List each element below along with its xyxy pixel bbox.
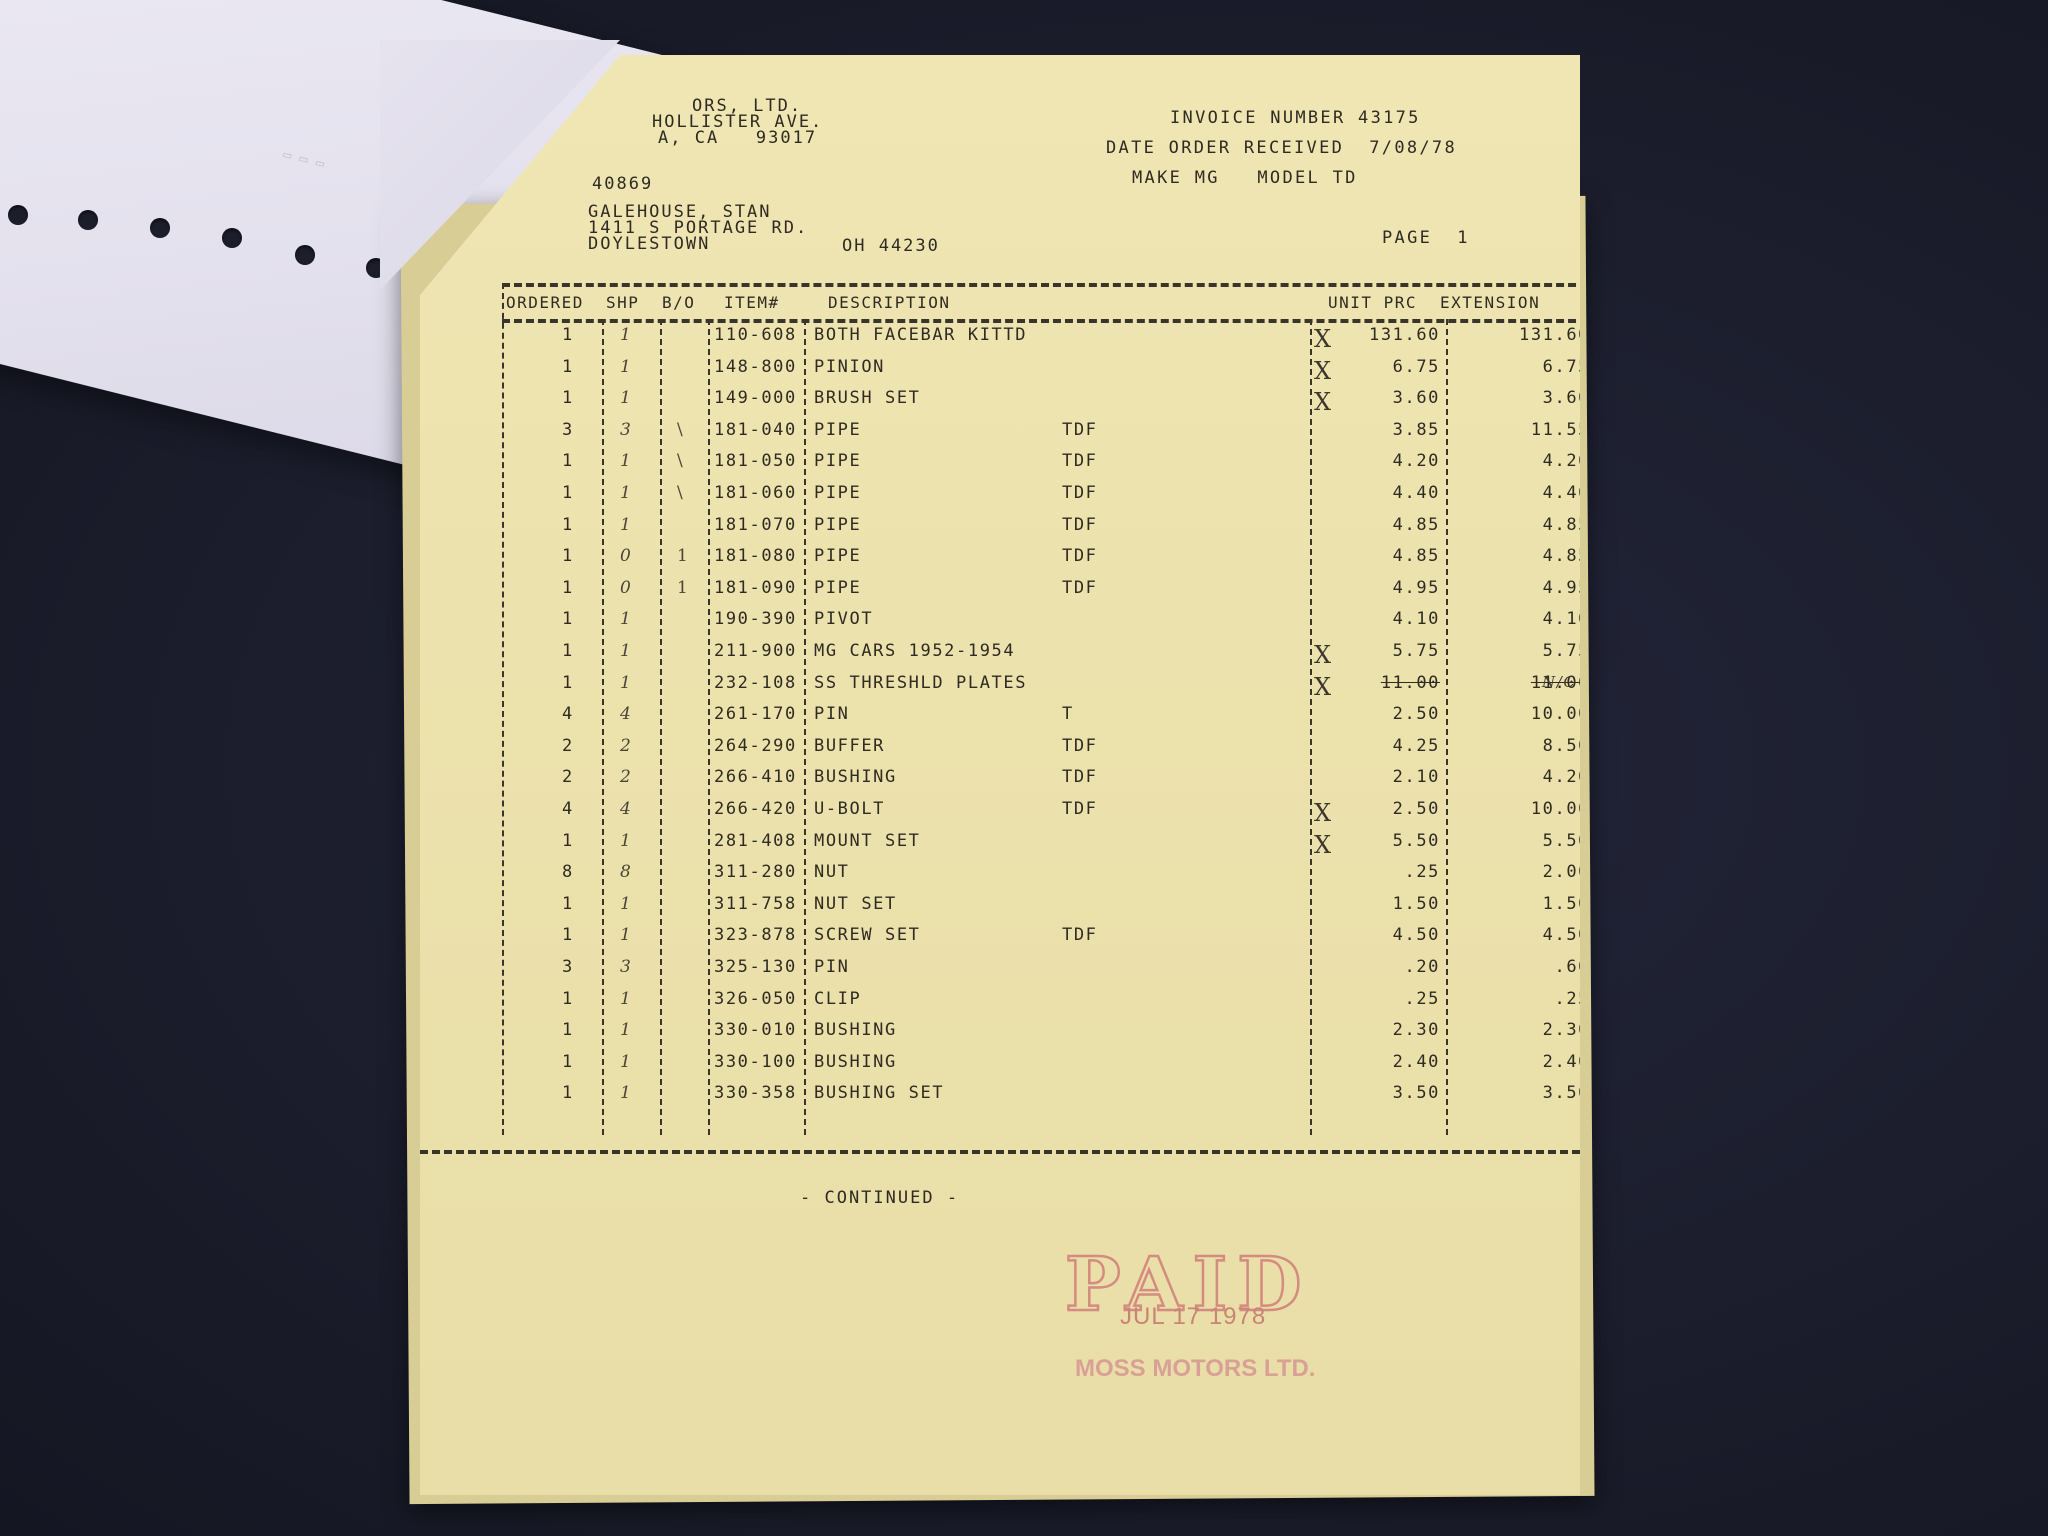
company-city: A, CA 93017 bbox=[658, 131, 817, 146]
cell-description: NUT bbox=[814, 862, 850, 882]
cell-ordered: 1 bbox=[562, 546, 574, 566]
cell-extension: 4.20 bbox=[1452, 451, 1590, 471]
cell-line-number: 9 bbox=[1625, 515, 1665, 534]
table-row: 101181-090PIPETDF4.954.9511 bbox=[502, 578, 1600, 609]
table-row: 44266-420U-BOLTTDF2.5010.0018X bbox=[502, 799, 1600, 830]
cell-description: PIPE bbox=[814, 483, 861, 503]
table-row: 11330-100BUSHING2.402.4026 bbox=[502, 1052, 1600, 1083]
table-row: 22264-290BUFFERTDF4.258.5016 bbox=[502, 736, 1600, 767]
col-header-shp: SHP bbox=[606, 293, 639, 312]
cell-item-number: 325-130 bbox=[714, 957, 797, 977]
cell-item-number: 311-758 bbox=[714, 894, 797, 914]
cell-description: U-BOLT bbox=[814, 799, 885, 819]
cell-description: CLIP bbox=[814, 989, 861, 1009]
cell-line-number: 18 bbox=[1625, 799, 1665, 818]
cell-extension: 1.50 bbox=[1452, 894, 1590, 914]
cell-description: PIVOT bbox=[814, 609, 873, 629]
cell-extension: 6.75 bbox=[1452, 357, 1590, 377]
cell-item-number: 181-060 bbox=[714, 483, 797, 503]
cell-extension: 4.95 bbox=[1452, 578, 1590, 598]
cell-description: MG CARS 1952-1954 bbox=[814, 641, 1015, 661]
cell-model-code: TDF bbox=[1062, 515, 1098, 535]
cell-ordered: 3 bbox=[562, 420, 574, 440]
cell-extension: 131.60 bbox=[1452, 325, 1590, 345]
table-row: 11\181-060PIPETDF4.404.408 bbox=[502, 483, 1600, 514]
cell-shipped: 1 bbox=[620, 1052, 632, 1072]
cell-model-code: TDF bbox=[1062, 420, 1098, 440]
cell-shipped: 3 bbox=[620, 420, 632, 440]
cell-line-number: 4 bbox=[1625, 357, 1665, 376]
cell-item-number: 211-900 bbox=[714, 641, 797, 661]
cell-unit-price: 4.85 bbox=[1300, 546, 1440, 566]
table-row: 11323-878SCREW SETTDF4.504.5022 bbox=[502, 925, 1600, 956]
checkmark-icon: X bbox=[1314, 357, 1333, 385]
cell-unit-price: .25 bbox=[1300, 989, 1440, 1009]
cell-description: BUSHING bbox=[814, 1020, 897, 1040]
cell-shipped: 1 bbox=[620, 1020, 632, 1040]
cell-line-number: 14 bbox=[1625, 673, 1665, 692]
checkmark-icon: X bbox=[1314, 641, 1333, 669]
sprocket-hole bbox=[78, 210, 98, 230]
cell-extension: 4.50 bbox=[1452, 925, 1590, 945]
cell-item-number: 181-040 bbox=[714, 420, 797, 440]
cell-extension: 2.30 bbox=[1452, 1020, 1590, 1040]
cell-ordered: 1 bbox=[562, 1083, 574, 1103]
cell-model-code: TDF bbox=[1062, 799, 1098, 819]
cell-backorder: \ bbox=[677, 451, 684, 471]
cell-item-number: 311-280 bbox=[714, 862, 797, 882]
cell-model-code: TDF bbox=[1062, 451, 1098, 471]
page-number: 1 bbox=[1457, 228, 1470, 248]
footer-border bbox=[420, 1150, 1580, 1154]
cell-ordered: 1 bbox=[562, 515, 574, 535]
cell-ordered: 1 bbox=[562, 641, 574, 661]
col-header-unit-price: UNIT PRC bbox=[1328, 293, 1417, 312]
cell-shipped: 4 bbox=[620, 704, 632, 724]
cell-backorder: 1 bbox=[677, 578, 689, 598]
customer-city: DOYLESTOWN bbox=[588, 237, 710, 252]
cell-extension: 4.10 bbox=[1452, 609, 1590, 629]
table-row: 11181-070PIPETDF4.854.859 bbox=[502, 515, 1600, 546]
cell-extension: 3.60 bbox=[1452, 388, 1590, 408]
table-row: 11281-408MOUNT SET5.505.5019X bbox=[502, 831, 1600, 862]
cell-line-number: 13 bbox=[1625, 641, 1665, 660]
cell-shipped: 1 bbox=[620, 831, 632, 851]
cell-ordered: 1 bbox=[562, 1020, 574, 1040]
cell-backorder: \ bbox=[677, 420, 684, 440]
table-row: 44261-170PINT2.5010.0015 bbox=[502, 704, 1600, 735]
cell-item-number: 110-608 bbox=[714, 325, 797, 345]
table-row: 11311-758NUT SET1.501.5021 bbox=[502, 894, 1600, 925]
table-row: 22266-410BUSHINGTDF2.104.2017 bbox=[502, 767, 1600, 798]
cell-description: PIPE bbox=[814, 420, 861, 440]
cell-description: PIPE bbox=[814, 546, 861, 566]
faint-carbon-print: ▭ ▭ ▭ bbox=[281, 147, 326, 173]
cell-ordered: 2 bbox=[562, 736, 574, 756]
sprocket-hole bbox=[8, 205, 28, 225]
cell-line-number: 24 bbox=[1625, 989, 1665, 1008]
col-header-description: DESCRIPTION bbox=[828, 293, 950, 312]
cell-ordered: 2 bbox=[562, 767, 574, 787]
cell-item-number: 232-108 bbox=[714, 673, 797, 693]
cell-unit-price: 2.40 bbox=[1300, 1052, 1440, 1072]
cell-item-number: 330-358 bbox=[714, 1083, 797, 1103]
cell-model-code: TDF bbox=[1062, 925, 1098, 945]
cell-line-number: 12 bbox=[1625, 609, 1665, 628]
table-row: 11110-608BOTH FACEBAR KITTD131.60131.603… bbox=[502, 325, 1600, 356]
sprocket-hole bbox=[295, 245, 315, 265]
cell-line-number: 17 bbox=[1625, 767, 1665, 786]
cell-model-code: TDF bbox=[1062, 483, 1098, 503]
paid-date: JUL 17 1978 bbox=[1120, 1303, 1266, 1331]
table-row: 11148-800PINION6.756.754X bbox=[502, 357, 1600, 388]
cell-ordered: 1 bbox=[562, 483, 574, 503]
cell-unit-price: 2.30 bbox=[1300, 1020, 1440, 1040]
cell-unit-price: 4.40 bbox=[1300, 483, 1440, 503]
cell-item-number: 181-080 bbox=[714, 546, 797, 566]
cell-shipped: 0 bbox=[620, 546, 632, 566]
cell-line-number: 5 bbox=[1625, 388, 1665, 407]
cell-unit-price: 4.10 bbox=[1300, 609, 1440, 629]
header-bottom-border bbox=[502, 319, 1600, 323]
cell-description: PIPE bbox=[814, 451, 861, 471]
cell-unit-price: 4.50 bbox=[1300, 925, 1440, 945]
cell-extension: .60 bbox=[1452, 957, 1590, 977]
checkmark-icon: X bbox=[1314, 388, 1333, 416]
cell-description: NUT SET bbox=[814, 894, 897, 914]
cell-description: MOUNT SET bbox=[814, 831, 921, 851]
cell-description: BUSHING bbox=[814, 1052, 897, 1072]
cell-shipped: 3 bbox=[620, 957, 632, 977]
invoice-number-row: INVOICE NUMBER 43175 bbox=[1170, 111, 1421, 126]
cell-ordered: 4 bbox=[562, 799, 574, 819]
cell-unit-price: 4.25 bbox=[1300, 736, 1440, 756]
cell-item-number: 264-290 bbox=[714, 736, 797, 756]
cell-line-number: 11 bbox=[1625, 578, 1665, 597]
cell-line-number: 23 bbox=[1625, 957, 1665, 976]
cell-extension: 10.00 bbox=[1452, 704, 1590, 724]
cell-shipped: 4 bbox=[620, 799, 632, 819]
date-label: DATE ORDER RECEIVED bbox=[1106, 138, 1344, 158]
cell-shipped: 1 bbox=[620, 925, 632, 945]
cell-description: SCREW SET bbox=[814, 925, 921, 945]
page-label: PAGE bbox=[1382, 228, 1432, 248]
cell-extension: 11.55 bbox=[1452, 420, 1590, 440]
table-row: 33\181-040PIPETDF3.8511.556 bbox=[502, 420, 1600, 451]
cell-extension: 5.50 bbox=[1452, 831, 1590, 851]
cell-shipped: 1 bbox=[620, 641, 632, 661]
invoice-document: ORS, LTD. HOLLISTER AVE. A, CA 93017 408… bbox=[420, 55, 1580, 1495]
cell-model-code: T bbox=[1062, 704, 1074, 724]
cell-shipped: 2 bbox=[620, 736, 632, 756]
date-received-row: DATE ORDER RECEIVED 7/08/78 bbox=[1106, 141, 1457, 156]
cell-line-number: 22 bbox=[1625, 925, 1665, 944]
cell-backorder: 1 bbox=[677, 546, 689, 566]
cell-shipped: 2 bbox=[620, 767, 632, 787]
cell-ordered: 1 bbox=[562, 609, 574, 629]
no-charge-note: N/C bbox=[1542, 673, 1576, 691]
cell-unit-price: 4.95 bbox=[1300, 578, 1440, 598]
cell-model-code: TDF bbox=[1062, 578, 1098, 598]
table-row: 11190-390PIVOT4.104.1012 bbox=[502, 609, 1600, 640]
cell-line-number: 3 bbox=[1625, 325, 1665, 344]
customer-number: 40869 bbox=[592, 177, 653, 192]
table-top-border bbox=[502, 283, 1600, 287]
cell-extension: 2.40 bbox=[1452, 1052, 1590, 1072]
cell-model-code: TDF bbox=[1062, 736, 1098, 756]
cell-shipped: 0 bbox=[620, 578, 632, 598]
cell-shipped: 1 bbox=[620, 325, 632, 345]
table-row: 11149-000BRUSH SET3.603.605X bbox=[502, 388, 1600, 419]
cell-item-number: 281-408 bbox=[714, 831, 797, 851]
cell-item-number: 181-070 bbox=[714, 515, 797, 535]
col-header-ordered: ORDERED bbox=[506, 293, 584, 312]
checkmark-icon: X bbox=[1314, 673, 1333, 701]
cell-line-number: 16 bbox=[1625, 736, 1665, 755]
cell-item-number: 149-000 bbox=[714, 388, 797, 408]
make-model-row: MAKE MG MODEL TD bbox=[1132, 171, 1358, 186]
cell-unit-price: .20 bbox=[1300, 957, 1440, 977]
col-header-extension: EXTENSION bbox=[1440, 293, 1540, 312]
cell-description: BOTH FACEBAR KITTD bbox=[814, 325, 1027, 345]
cell-item-number: 190-390 bbox=[714, 609, 797, 629]
col-header-bo: B/O bbox=[662, 293, 695, 312]
cell-ordered: 1 bbox=[562, 989, 574, 1009]
cell-shipped: 8 bbox=[620, 862, 632, 882]
cell-description: PIN bbox=[814, 957, 850, 977]
cell-line-number: 7 bbox=[1625, 451, 1665, 470]
cell-item-number: 330-100 bbox=[714, 1052, 797, 1072]
paid-stamp: PAID JUL 17 1978 MOSS MOTORS LTD. bbox=[1065, 1245, 1311, 1325]
cell-extension: 4.85 bbox=[1452, 546, 1590, 566]
cell-model-code: TDF bbox=[1062, 546, 1098, 566]
cell-ordered: 4 bbox=[562, 704, 574, 724]
line-items-table: ORDERED SHP B/O ITEM# DESCRIPTION UNIT P… bbox=[502, 283, 1600, 1135]
stamp-company: MOSS MOTORS LTD. bbox=[1075, 1355, 1315, 1383]
cell-description: PINION bbox=[814, 357, 885, 377]
cell-ordered: 1 bbox=[562, 894, 574, 914]
col-header-item: ITEM# bbox=[724, 293, 780, 312]
model-value: TD bbox=[1333, 168, 1358, 188]
cell-description: PIPE bbox=[814, 578, 861, 598]
checkmark-icon: X bbox=[1314, 325, 1333, 353]
cell-extension: 5.75 bbox=[1452, 641, 1590, 661]
cell-line-number: 8 bbox=[1625, 483, 1665, 502]
cell-shipped: 1 bbox=[620, 483, 632, 503]
cell-description: BUSHING bbox=[814, 767, 897, 787]
cell-unit-price: 1.50 bbox=[1300, 894, 1440, 914]
table-row: 11232-108SS THRESHLD PLATES11.0011.0014X… bbox=[502, 673, 1600, 704]
customer-state-zip: OH 44230 bbox=[842, 239, 940, 254]
sprocket-hole bbox=[222, 228, 242, 248]
cell-extension: 10.00 bbox=[1452, 799, 1590, 819]
cell-extension: 4.20 bbox=[1452, 767, 1590, 787]
cell-line-number: 15 bbox=[1625, 704, 1665, 723]
cell-description: SS THRESHLD PLATES bbox=[814, 673, 1027, 693]
cell-ordered: 1 bbox=[562, 451, 574, 471]
cell-line-number: 25 bbox=[1625, 1020, 1665, 1039]
cell-line-number: 26 bbox=[1625, 1052, 1665, 1071]
cell-unit-price: 3.50 bbox=[1300, 1083, 1440, 1103]
sprocket-hole bbox=[150, 218, 170, 238]
checkmark-icon: X bbox=[1314, 799, 1333, 827]
cell-shipped: 1 bbox=[620, 1083, 632, 1103]
cell-item-number: 266-410 bbox=[714, 767, 797, 787]
cell-description: PIN bbox=[814, 704, 850, 724]
invoice-number-label: INVOICE NUMBER bbox=[1170, 108, 1346, 128]
table-row: 11\181-050PIPETDF4.204.207 bbox=[502, 451, 1600, 482]
cell-ordered: 1 bbox=[562, 578, 574, 598]
cell-item-number: 181-090 bbox=[714, 578, 797, 598]
cell-item-number: 148-800 bbox=[714, 357, 797, 377]
checkmark-icon: X bbox=[1314, 831, 1333, 859]
cell-item-number: 326-050 bbox=[714, 989, 797, 1009]
cell-description: BUSHING SET bbox=[814, 1083, 944, 1103]
table-row: 33325-130PIN.20.6023 bbox=[502, 957, 1600, 988]
cell-unit-price: 4.85 bbox=[1300, 515, 1440, 535]
cell-ordered: 1 bbox=[562, 925, 574, 945]
model-label: MODEL bbox=[1257, 168, 1320, 188]
table-row: 11330-358BUSHING SET3.503.5027 bbox=[502, 1083, 1600, 1114]
make-value: MG bbox=[1195, 168, 1220, 188]
cell-extension: 8.50 bbox=[1452, 736, 1590, 756]
cell-shipped: 1 bbox=[620, 894, 632, 914]
cell-description: BRUSH SET bbox=[814, 388, 921, 408]
cell-shipped: 1 bbox=[620, 451, 632, 471]
cell-ordered: 1 bbox=[562, 831, 574, 851]
cell-extension: .25 bbox=[1452, 989, 1590, 1009]
cell-shipped: 1 bbox=[620, 673, 632, 693]
page-row: PAGE 1 bbox=[1382, 231, 1470, 246]
cell-unit-price: 2.50 bbox=[1300, 704, 1440, 724]
cell-line-number: 20 bbox=[1625, 862, 1665, 881]
cell-shipped: 1 bbox=[620, 357, 632, 377]
cell-ordered: 1 bbox=[562, 388, 574, 408]
cell-line-number: 19 bbox=[1625, 831, 1665, 850]
table-row: 101181-080PIPETDF4.854.8510 bbox=[502, 546, 1600, 577]
cell-extension: 3.50 bbox=[1452, 1083, 1590, 1103]
table-row: 11330-010BUSHING2.302.3025 bbox=[502, 1020, 1600, 1051]
cell-shipped: 1 bbox=[620, 388, 632, 408]
cell-line-number: 6 bbox=[1625, 420, 1665, 439]
table-row: 11211-900MG CARS 1952-19545.755.7513X bbox=[502, 641, 1600, 672]
invoice-number: 43175 bbox=[1358, 108, 1421, 128]
cell-extension: 4.40 bbox=[1452, 483, 1590, 503]
cell-ordered: 1 bbox=[562, 1052, 574, 1072]
cell-ordered: 1 bbox=[562, 325, 574, 345]
cell-unit-price: 4.20 bbox=[1300, 451, 1440, 471]
cell-shipped: 1 bbox=[620, 989, 632, 1009]
date-received: 7/08/78 bbox=[1369, 138, 1457, 158]
cell-line-number: 27 bbox=[1625, 1083, 1665, 1102]
cell-shipped: 1 bbox=[620, 515, 632, 535]
cell-item-number: 323-878 bbox=[714, 925, 797, 945]
cell-model-code: TDF bbox=[1062, 767, 1098, 787]
col-divider bbox=[1600, 283, 1602, 1135]
cell-ordered: 1 bbox=[562, 357, 574, 377]
cell-description: BUFFER bbox=[814, 736, 885, 756]
cell-ordered: 8 bbox=[562, 862, 574, 882]
table-row: 11326-050CLIP.25.2524 bbox=[502, 989, 1600, 1020]
cell-extension: 2.00 bbox=[1452, 862, 1590, 882]
cell-line-number: 21 bbox=[1625, 894, 1665, 913]
cell-shipped: 1 bbox=[620, 609, 632, 629]
cell-item-number: 181-050 bbox=[714, 451, 797, 471]
cell-line-number: 10 bbox=[1625, 546, 1665, 565]
cell-unit-price: 2.10 bbox=[1300, 767, 1440, 787]
continued-label: - CONTINUED - bbox=[800, 1188, 959, 1208]
cell-unit-price: 3.85 bbox=[1300, 420, 1440, 440]
cell-extension: 4.85 bbox=[1452, 515, 1590, 535]
cell-item-number: 266-420 bbox=[714, 799, 797, 819]
cell-ordered: 1 bbox=[562, 673, 574, 693]
make-label: MAKE bbox=[1132, 168, 1182, 188]
cell-unit-price: .25 bbox=[1300, 862, 1440, 882]
table-row: 88311-280NUT.252.0020 bbox=[502, 862, 1600, 893]
cell-item-number: 261-170 bbox=[714, 704, 797, 724]
cell-description: PIPE bbox=[814, 515, 861, 535]
cell-backorder: \ bbox=[677, 483, 684, 503]
cell-item-number: 330-010 bbox=[714, 1020, 797, 1040]
cell-ordered: 3 bbox=[562, 957, 574, 977]
